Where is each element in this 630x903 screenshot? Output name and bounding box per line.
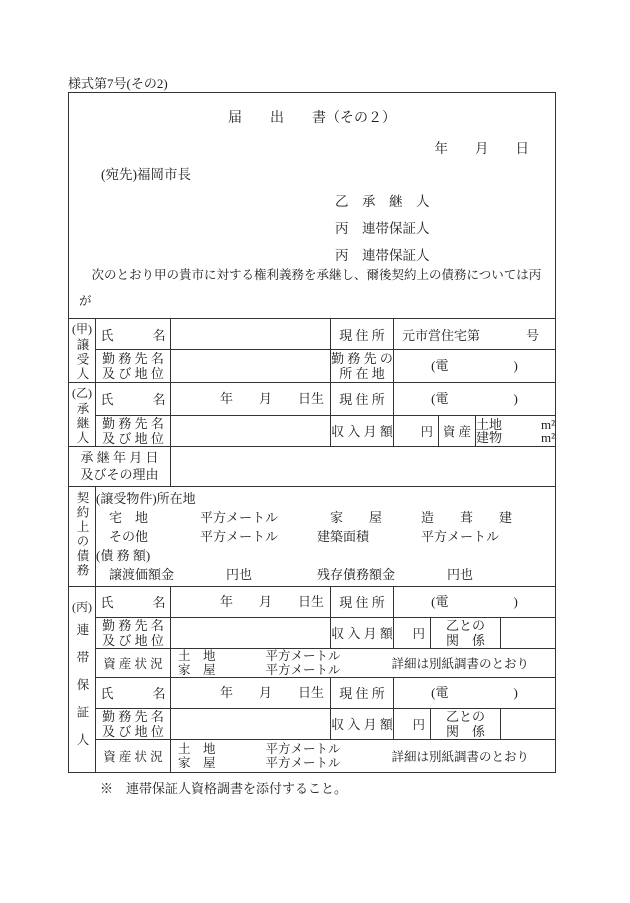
hei2-relation-label: 乙との 関 係 xyxy=(431,708,501,739)
contract-detail-cell: (譲受物件)所在地 宅 地 平方メートル 家 屋 造 葺 建 その他 平方メート… xyxy=(96,486,556,586)
preamble-line-1: 次のとおり甲の貴市に対する権利義務を承継し、爾後契約上の債務については丙が xyxy=(79,262,546,314)
hei1-assets-field: 土 地 平方メートル 家 屋 平方メートル 詳細は別紙調書のとおり xyxy=(171,648,556,677)
otsu-assets-field: 土地 m² 建物 m² xyxy=(476,415,556,446)
otsu-name-field: 年 月 日生 xyxy=(171,382,331,415)
building-unit: m² xyxy=(541,431,555,444)
kou-name-field xyxy=(171,319,331,350)
hei1-name-label: 氏 名 xyxy=(96,586,171,617)
hei2-name-label: 氏 名 xyxy=(96,677,171,708)
kou-name-label: 氏 名 xyxy=(96,319,171,350)
party-kou-tag: (甲) xyxy=(72,322,92,336)
party-kou-role: 譲受人 xyxy=(73,338,91,382)
hei1-asset-land: 土 地 平方メートル xyxy=(178,649,341,663)
hei2-employer-label: 勤 務 先 名 及 び 地 位 xyxy=(96,708,171,739)
yen-unit: 円 xyxy=(394,624,430,642)
notification-form-table: 届 出 書（その２） 年 月 日 (宛先)福岡市長 乙 承 継 人 丙 連帯保証… xyxy=(68,92,556,773)
form-number: 様式第7号(その2) xyxy=(68,73,168,92)
hei2-asset-note: 詳細は別紙調書のとおり xyxy=(392,747,530,765)
party-otsu-cell: (乙) 承継人 xyxy=(69,382,96,446)
hei1-employer-field xyxy=(171,617,331,648)
hei2-income-label: 収 入 月 額 xyxy=(331,708,394,739)
preamble-line-2: 連帯保証の責に任じますので連署の上お届けいたします。 xyxy=(79,314,546,319)
hei2-tel: (電 ) xyxy=(394,682,555,704)
yen-unit: 円 xyxy=(394,422,438,440)
hei2-assets-label: 資 産 状 況 xyxy=(96,739,171,772)
party-otsu-role: 承継人 xyxy=(73,402,91,446)
kou-workplace-field: (電 ) xyxy=(394,350,556,382)
hei1-asset-house: 家 屋 平方メートル xyxy=(178,663,341,677)
kou-address-field: 元市営住宅第 号 xyxy=(394,319,556,350)
page-title: 届 出 書（その２） xyxy=(69,107,555,127)
hei1-name-field: 年 月 日生 xyxy=(171,586,331,617)
signer-line-otsu: 乙 承 継 人 xyxy=(335,188,430,215)
succession-field xyxy=(171,446,556,486)
hei1-address-field: (電 ) xyxy=(394,586,556,617)
contract-role-cell: 契約上の債務 xyxy=(69,486,96,586)
hei1-assets-label: 資 産 状 況 xyxy=(96,648,171,677)
building-label: 建物 xyxy=(476,431,502,444)
hei1-income-label: 収 入 月 額 xyxy=(331,617,394,648)
hei1-birth-date: 年 月 日生 xyxy=(171,591,330,613)
form-page: 様式第7号(その2) 届 出 書（その２） 年 月 日 (宛先)福岡市長 乙 承… xyxy=(0,0,630,903)
party-hei-role: 連帯保証人 xyxy=(73,623,91,761)
contract-line-location: (譲受物件)所在地 xyxy=(96,489,555,508)
hei2-address-label: 現 住 所 xyxy=(331,677,394,708)
land-label: 土地 xyxy=(476,418,502,431)
hei2-asset-house: 家 屋 平方メートル xyxy=(178,756,341,770)
form-header: 届 出 書（その２） 年 月 日 (宛先)福岡市長 乙 承 継 人 丙 連帯保証… xyxy=(69,93,556,319)
otsu-assets-label: 資 産 xyxy=(439,415,476,446)
hei2-income-field: 円 xyxy=(394,708,431,739)
kou-address-prefix: 元市営住宅第 xyxy=(402,325,480,344)
hei1-relation-field xyxy=(501,617,556,648)
hei1-address-label: 現 住 所 xyxy=(331,586,394,617)
party-otsu-tag: (乙) xyxy=(72,386,92,400)
otsu-tel: (電 ) xyxy=(394,388,555,410)
signer-line-hei-1: 丙 連帯保証人 xyxy=(335,215,430,242)
party-hei-tag: (丙) xyxy=(72,600,92,614)
kou-workplace-label: 勤 務 先 の 所 在 地 xyxy=(331,350,394,382)
otsu-income-field: 円 xyxy=(394,415,439,446)
hei1-employer-label: 勤 務 先 名 及 び 地 位 xyxy=(96,617,171,648)
hei1-relation-label: 乙との 関 係 xyxy=(431,617,501,648)
addressee: (宛先)福岡市長 xyxy=(101,163,191,183)
otsu-birth-date: 年 月 日生 xyxy=(171,388,330,410)
kou-employer-field xyxy=(171,350,331,382)
preamble: 次のとおり甲の貴市に対する権利義務を承継し、爾後契約上の債務については丙が 連帯… xyxy=(79,262,546,319)
signature-block: 乙 承 継 人 丙 連帯保証人 丙 連帯保証人 xyxy=(335,188,430,269)
party-kou-cell: (甲) 譲受人 xyxy=(69,319,96,383)
hei2-employer-field xyxy=(171,708,331,739)
contract-line-lot: 宅 地 平方メートル 家 屋 造 葺 建 xyxy=(96,508,555,527)
hei1-income-field: 円 xyxy=(394,617,431,648)
party-hei-cell: (丙) 連帯保証人 xyxy=(69,586,96,772)
contract-line-other: その他 平方メートル 建築面積 平方メートル xyxy=(96,527,555,546)
hei2-assets-field: 土 地 平方メートル 家 屋 平方メートル 詳細は別紙調書のとおり xyxy=(171,739,556,772)
hei2-address-field: (電 ) xyxy=(394,677,556,708)
hei2-relation-field xyxy=(501,708,556,739)
otsu-address-field: (電 ) xyxy=(394,382,556,415)
hei1-asset-note: 詳細は別紙調書のとおり xyxy=(392,654,530,672)
otsu-employer-field xyxy=(171,415,331,446)
otsu-employer-label: 勤 務 先 名 及 び 地 位 xyxy=(96,415,171,446)
hei2-asset-land: 土 地 平方メートル xyxy=(178,742,341,756)
date-line: 年 月 日 xyxy=(435,137,530,157)
contract-line-debt-header: (債 務 額) xyxy=(96,546,555,565)
hei1-tel: (電 ) xyxy=(394,591,555,613)
kou-address-suffix: 号 xyxy=(526,325,539,344)
succession-label: 承 継 年 月 日 及びその理由 xyxy=(69,446,171,486)
hei2-name-field: 年 月 日生 xyxy=(171,677,331,708)
contract-role-label: 契約上の債務 xyxy=(73,491,91,578)
kou-employer-label: 勤 務 先 名 及 び 地 位 xyxy=(96,350,171,382)
otsu-name-label: 氏 名 xyxy=(96,382,171,415)
yen-unit: 円 xyxy=(394,715,430,733)
contract-line-amounts: 譲渡価額金 円也 残存債務額金 円也 xyxy=(96,565,555,584)
kou-tel: (電 ) xyxy=(394,355,555,377)
land-unit: m² xyxy=(541,418,555,431)
otsu-income-label: 収 入 月 額 xyxy=(331,415,394,446)
hei2-birth-date: 年 月 日生 xyxy=(171,682,330,704)
otsu-address-label: 現 住 所 xyxy=(331,382,394,415)
footnote: ※ 連帯保証人資格調書を添付すること。 xyxy=(100,778,347,797)
kou-address-label: 現 住 所 xyxy=(331,319,394,350)
